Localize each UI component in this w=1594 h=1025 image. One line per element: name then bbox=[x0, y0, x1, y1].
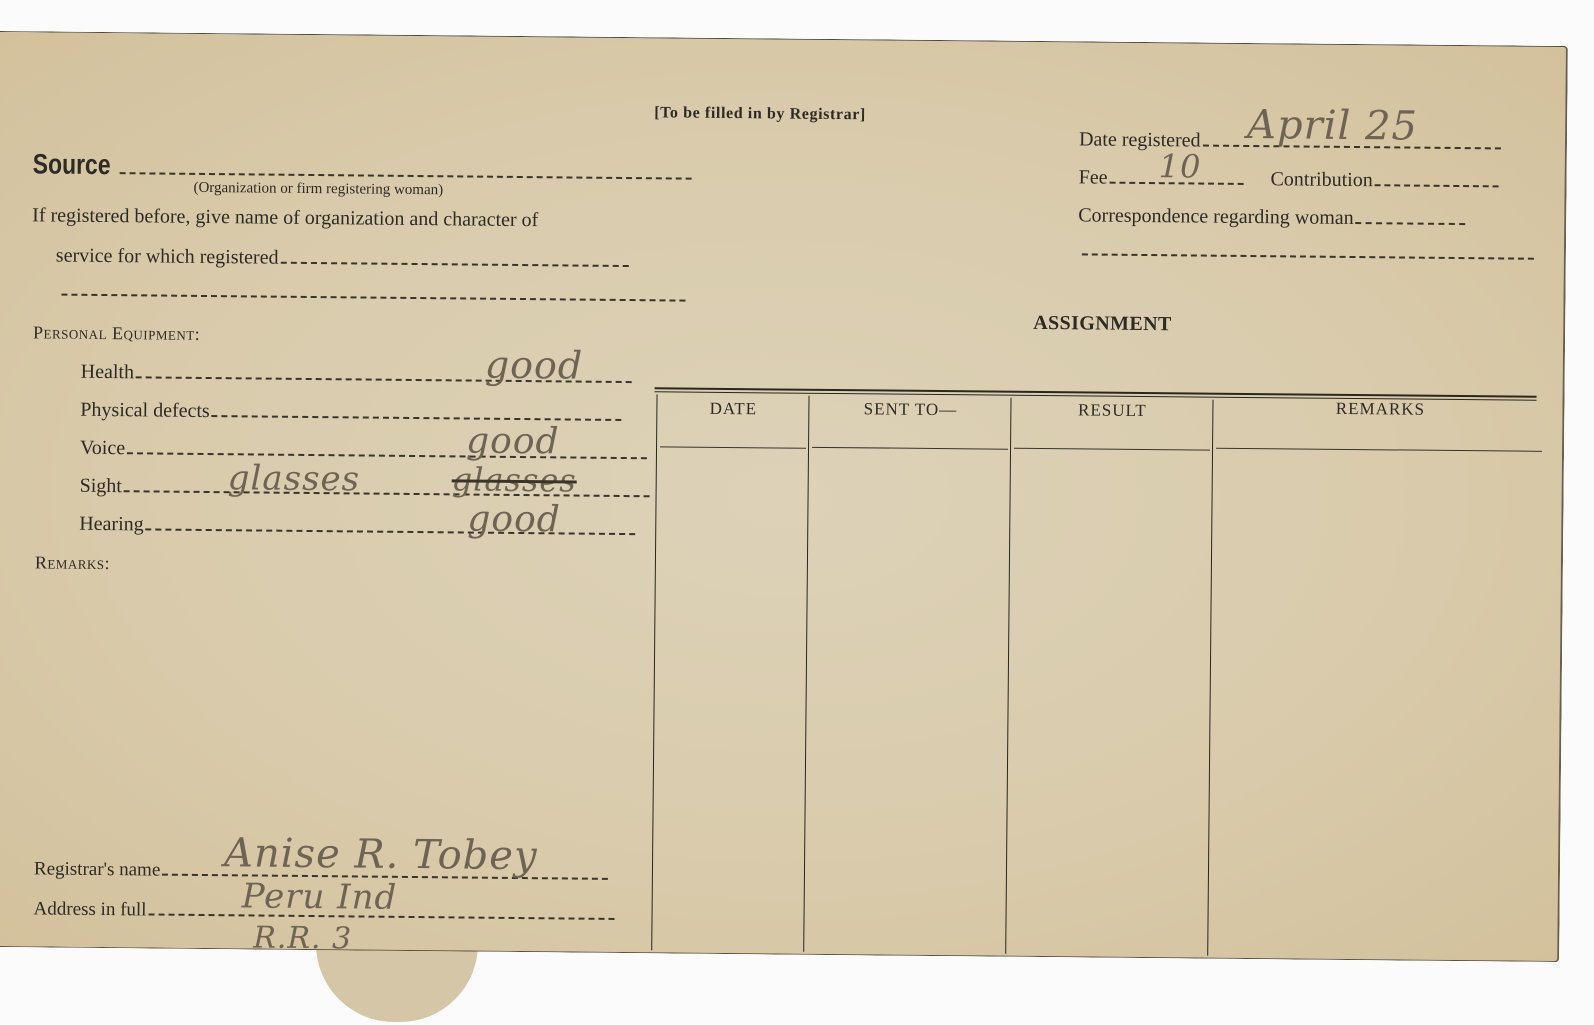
address-line1-value: Peru Ind bbox=[242, 876, 398, 917]
registrar-note: [To be filled in by Registrar] bbox=[654, 104, 866, 124]
address-label: Address in full bbox=[33, 898, 146, 920]
column-header-result: RESULT bbox=[1012, 384, 1212, 438]
hearing-value: good bbox=[467, 499, 561, 541]
remarks-area[interactable] bbox=[32, 577, 635, 853]
registration-card: [To be filled in by Registrar] Source (O… bbox=[0, 31, 1568, 962]
fee-row: Fee Contribution bbox=[1079, 166, 1499, 193]
voice-label: Voice bbox=[80, 437, 125, 459]
correspondence-row: Correspondence regarding woman bbox=[1078, 204, 1466, 231]
health-value: good bbox=[485, 343, 584, 388]
correspondence-row-2 bbox=[1080, 242, 1534, 264]
health-label: Health bbox=[81, 361, 135, 384]
source-sub-label: (Organization or firm registering woman) bbox=[193, 180, 443, 199]
fee-value: 10 bbox=[1159, 147, 1202, 185]
sight-value: glasses bbox=[228, 458, 361, 499]
sight-value-struck: glasses bbox=[452, 460, 577, 499]
sight-label: Sight bbox=[80, 475, 122, 497]
table-header-rule-sent bbox=[812, 447, 1008, 450]
assignment-cell-sent-to[interactable] bbox=[805, 452, 1008, 950]
remarks-label: Remarks: bbox=[35, 552, 110, 574]
column-header-date: DATE bbox=[658, 382, 808, 435]
hearing-label: Hearing bbox=[79, 513, 144, 536]
physical-defects-field[interactable] bbox=[212, 415, 622, 421]
assignment-cell-date[interactable] bbox=[653, 450, 806, 947]
registrar-name-value: Anise R. Tobey bbox=[224, 830, 538, 879]
source-label: Source bbox=[33, 148, 111, 181]
prior-registration-field-2[interactable] bbox=[61, 294, 685, 302]
voice-value: good bbox=[466, 420, 560, 462]
physical-defects-label: Physical defects bbox=[80, 399, 210, 422]
column-header-remarks: REMARKS bbox=[1214, 382, 1546, 437]
prior-registration-row: service for which registered bbox=[56, 245, 629, 273]
prior-registration-field[interactable] bbox=[280, 262, 628, 267]
assignment-cell-result[interactable] bbox=[1007, 452, 1210, 952]
voice-field[interactable] bbox=[127, 452, 647, 459]
column-header-sent-to: SENT TO— bbox=[810, 383, 1010, 437]
correspondence-field-2[interactable] bbox=[1082, 253, 1534, 259]
source-field[interactable] bbox=[120, 172, 692, 179]
correspondence-field[interactable] bbox=[1356, 222, 1466, 225]
date-registered-value: April 25 bbox=[1247, 102, 1418, 150]
personal-equipment-title: Personal Equipment: bbox=[33, 322, 200, 345]
address-line2-value: R.R. 3 bbox=[253, 920, 352, 956]
prior-registration-label-2: service for which registered bbox=[56, 245, 279, 269]
prior-registration-label: If registered before, give name of organ… bbox=[32, 204, 538, 232]
contribution-label: Contribution bbox=[1270, 168, 1372, 191]
assignment-title: ASSIGNMENT bbox=[1033, 312, 1172, 336]
fee-label: Fee bbox=[1079, 166, 1108, 188]
assignment-cell-remarks[interactable] bbox=[1209, 452, 1542, 955]
prior-registration-row-2 bbox=[59, 283, 685, 307]
hearing-field[interactable] bbox=[146, 528, 636, 535]
correspondence-label: Correspondence regarding woman bbox=[1078, 204, 1354, 229]
contribution-field[interactable] bbox=[1375, 184, 1499, 187]
table-header-rule-date bbox=[660, 446, 806, 448]
table-header-rule-result bbox=[1014, 448, 1210, 451]
registrar-name-label: Registrar's name bbox=[34, 858, 161, 880]
